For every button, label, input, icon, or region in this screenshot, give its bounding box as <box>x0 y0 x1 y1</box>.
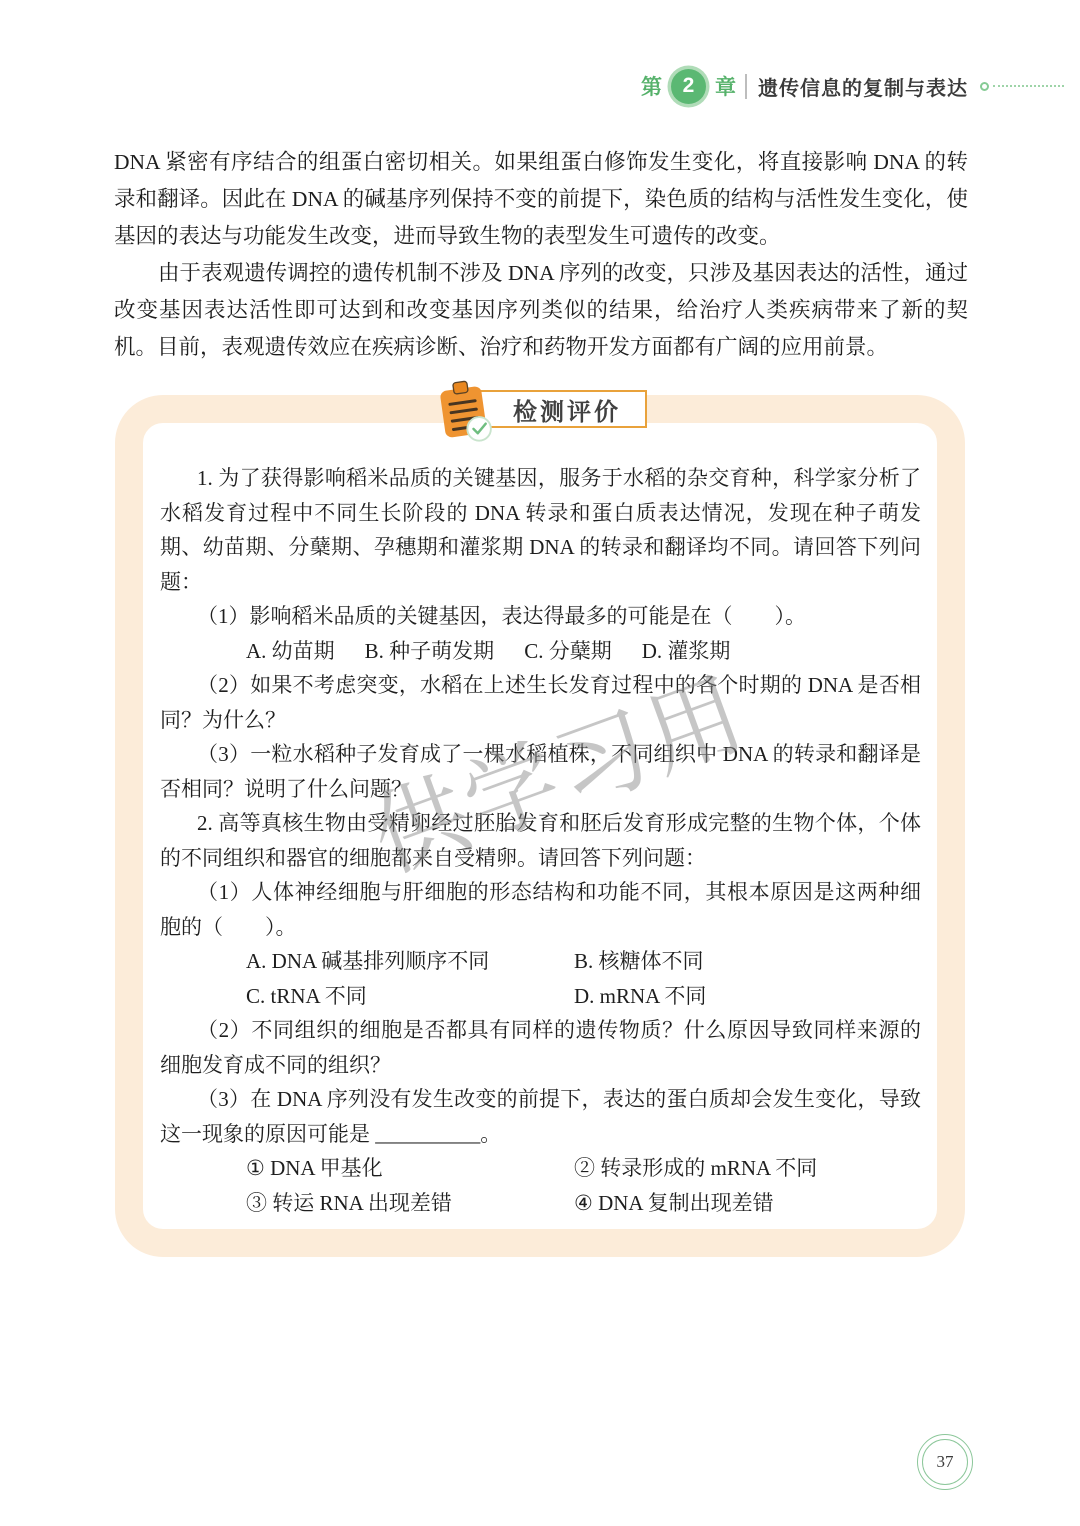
option-d: D. 灌浆期 <box>642 634 731 669</box>
question-2-sub-3-options: ① DNA 甲基化 ② 转录形成的 mRNA 不同 ③ 转运 RNA 出现差错 … <box>160 1151 921 1220</box>
question-1-sub-1-options: A. 幼苗期 B. 种子萌发期 C. 分蘖期 D. 灌浆期 <box>160 634 921 669</box>
assessment-title: 检测评价 <box>471 390 647 428</box>
question-1-sub-3: （3）一粒水稻种子发育成了一棵水稻植株，不同组织中 DNA 的转录和翻译是否相同… <box>160 737 921 806</box>
option-b: B. 种子萌发期 <box>365 634 495 669</box>
chapter-prefix: 第 <box>641 71 662 101</box>
option-1: ① DNA 甲基化 <box>246 1151 574 1186</box>
question-2-sub-3: （3）在 DNA 序列没有发生改变的前提下，表达的蛋白质却会发生变化，导致这一现… <box>160 1082 921 1151</box>
question-2-sub-1: （1）人体神经细胞与肝细胞的形态结构和功能不同，其根本原因是这两种细胞的（ ）。 <box>160 875 921 944</box>
option-c: C. tRNA 不同 <box>246 979 574 1014</box>
paragraph-epigenetics-2: 由于表观遗传调控的遗传机制不涉及 DNA 序列的改变，只涉及基因表达的活性，通过… <box>114 255 968 366</box>
chapter-suffix: 章 <box>715 71 736 101</box>
clipboard-check-icon <box>433 377 497 445</box>
question-1-sub-1: （1）影响稻米品质的关键基因，表达得最多的可能是在（ ）。 <box>160 599 921 634</box>
option-b: B. 核糖体不同 <box>574 944 921 979</box>
option-3: ③ 转运 RNA 出现差错 <box>246 1186 574 1221</box>
assessment-box: 检测评价 1. 为了获得影响稻米品质的关键基因，服务于水稻的杂交育种，科学家分析… <box>115 395 965 1257</box>
question-1-sub-2: （2）如果不考虑突变，水稻在上述生长发育过程中的各个时期的 DNA 是否相同？为… <box>160 668 921 737</box>
question-2-sub-1-options: A. DNA 碱基排列顺序不同 B. 核糖体不同 C. tRNA 不同 D. m… <box>160 944 921 1013</box>
assessment-content: 1. 为了获得影响稻米品质的关键基因，服务于水稻的杂交育种，科学家分析了水稻发育… <box>143 423 937 1220</box>
question-1-stem: 1. 为了获得影响稻米品质的关键基因，服务于水稻的杂交育种，科学家分析了水稻发育… <box>160 461 921 599</box>
assessment-badge: 检测评价 <box>433 377 647 445</box>
textbook-page: 第 2 章 遗传信息的复制与表达 DNA 紧密有序结合的组蛋白密切相关。如果组蛋… <box>0 0 1080 1526</box>
option-4: ④ DNA 复制出现差错 <box>574 1186 921 1221</box>
header-divider <box>745 74 747 99</box>
paragraph-epigenetics-1: DNA 紧密有序结合的组蛋白密切相关。如果组蛋白修饰发生变化，将直接影响 DNA… <box>114 144 968 255</box>
chapter-header: 第 2 章 遗传信息的复制与表达 <box>0 64 1064 108</box>
option-2: ② 转录形成的 mRNA 不同 <box>574 1151 921 1186</box>
dotted-leader <box>980 82 1064 91</box>
option-a: A. 幼苗期 <box>246 634 335 669</box>
circle-icon <box>980 82 989 91</box>
intro-text: DNA 紧密有序结合的组蛋白密切相关。如果组蛋白修饰发生变化，将直接影响 DNA… <box>114 144 968 366</box>
chapter-title: 遗传信息的复制与表达 <box>758 72 968 101</box>
chapter-number-badge: 2 <box>671 69 706 104</box>
option-c: C. 分蘖期 <box>524 634 612 669</box>
option-a: A. DNA 碱基排列顺序不同 <box>246 944 574 979</box>
page-number: 37 <box>922 1439 968 1485</box>
chapter-number: 2 <box>683 74 695 98</box>
dotted-line <box>993 85 1064 87</box>
question-2-sub-2: （2）不同组织的细胞是否都具有同样的遗传物质？什么原因导致同样来源的细胞发育成不… <box>160 1013 921 1082</box>
option-d: D. mRNA 不同 <box>574 979 921 1014</box>
question-2-stem: 2. 高等真核生物由受精卵经过胚胎发育和胚后发育形成完整的生物个体，个体的不同组… <box>160 806 921 875</box>
page-number-badge: 37 <box>917 1434 973 1490</box>
